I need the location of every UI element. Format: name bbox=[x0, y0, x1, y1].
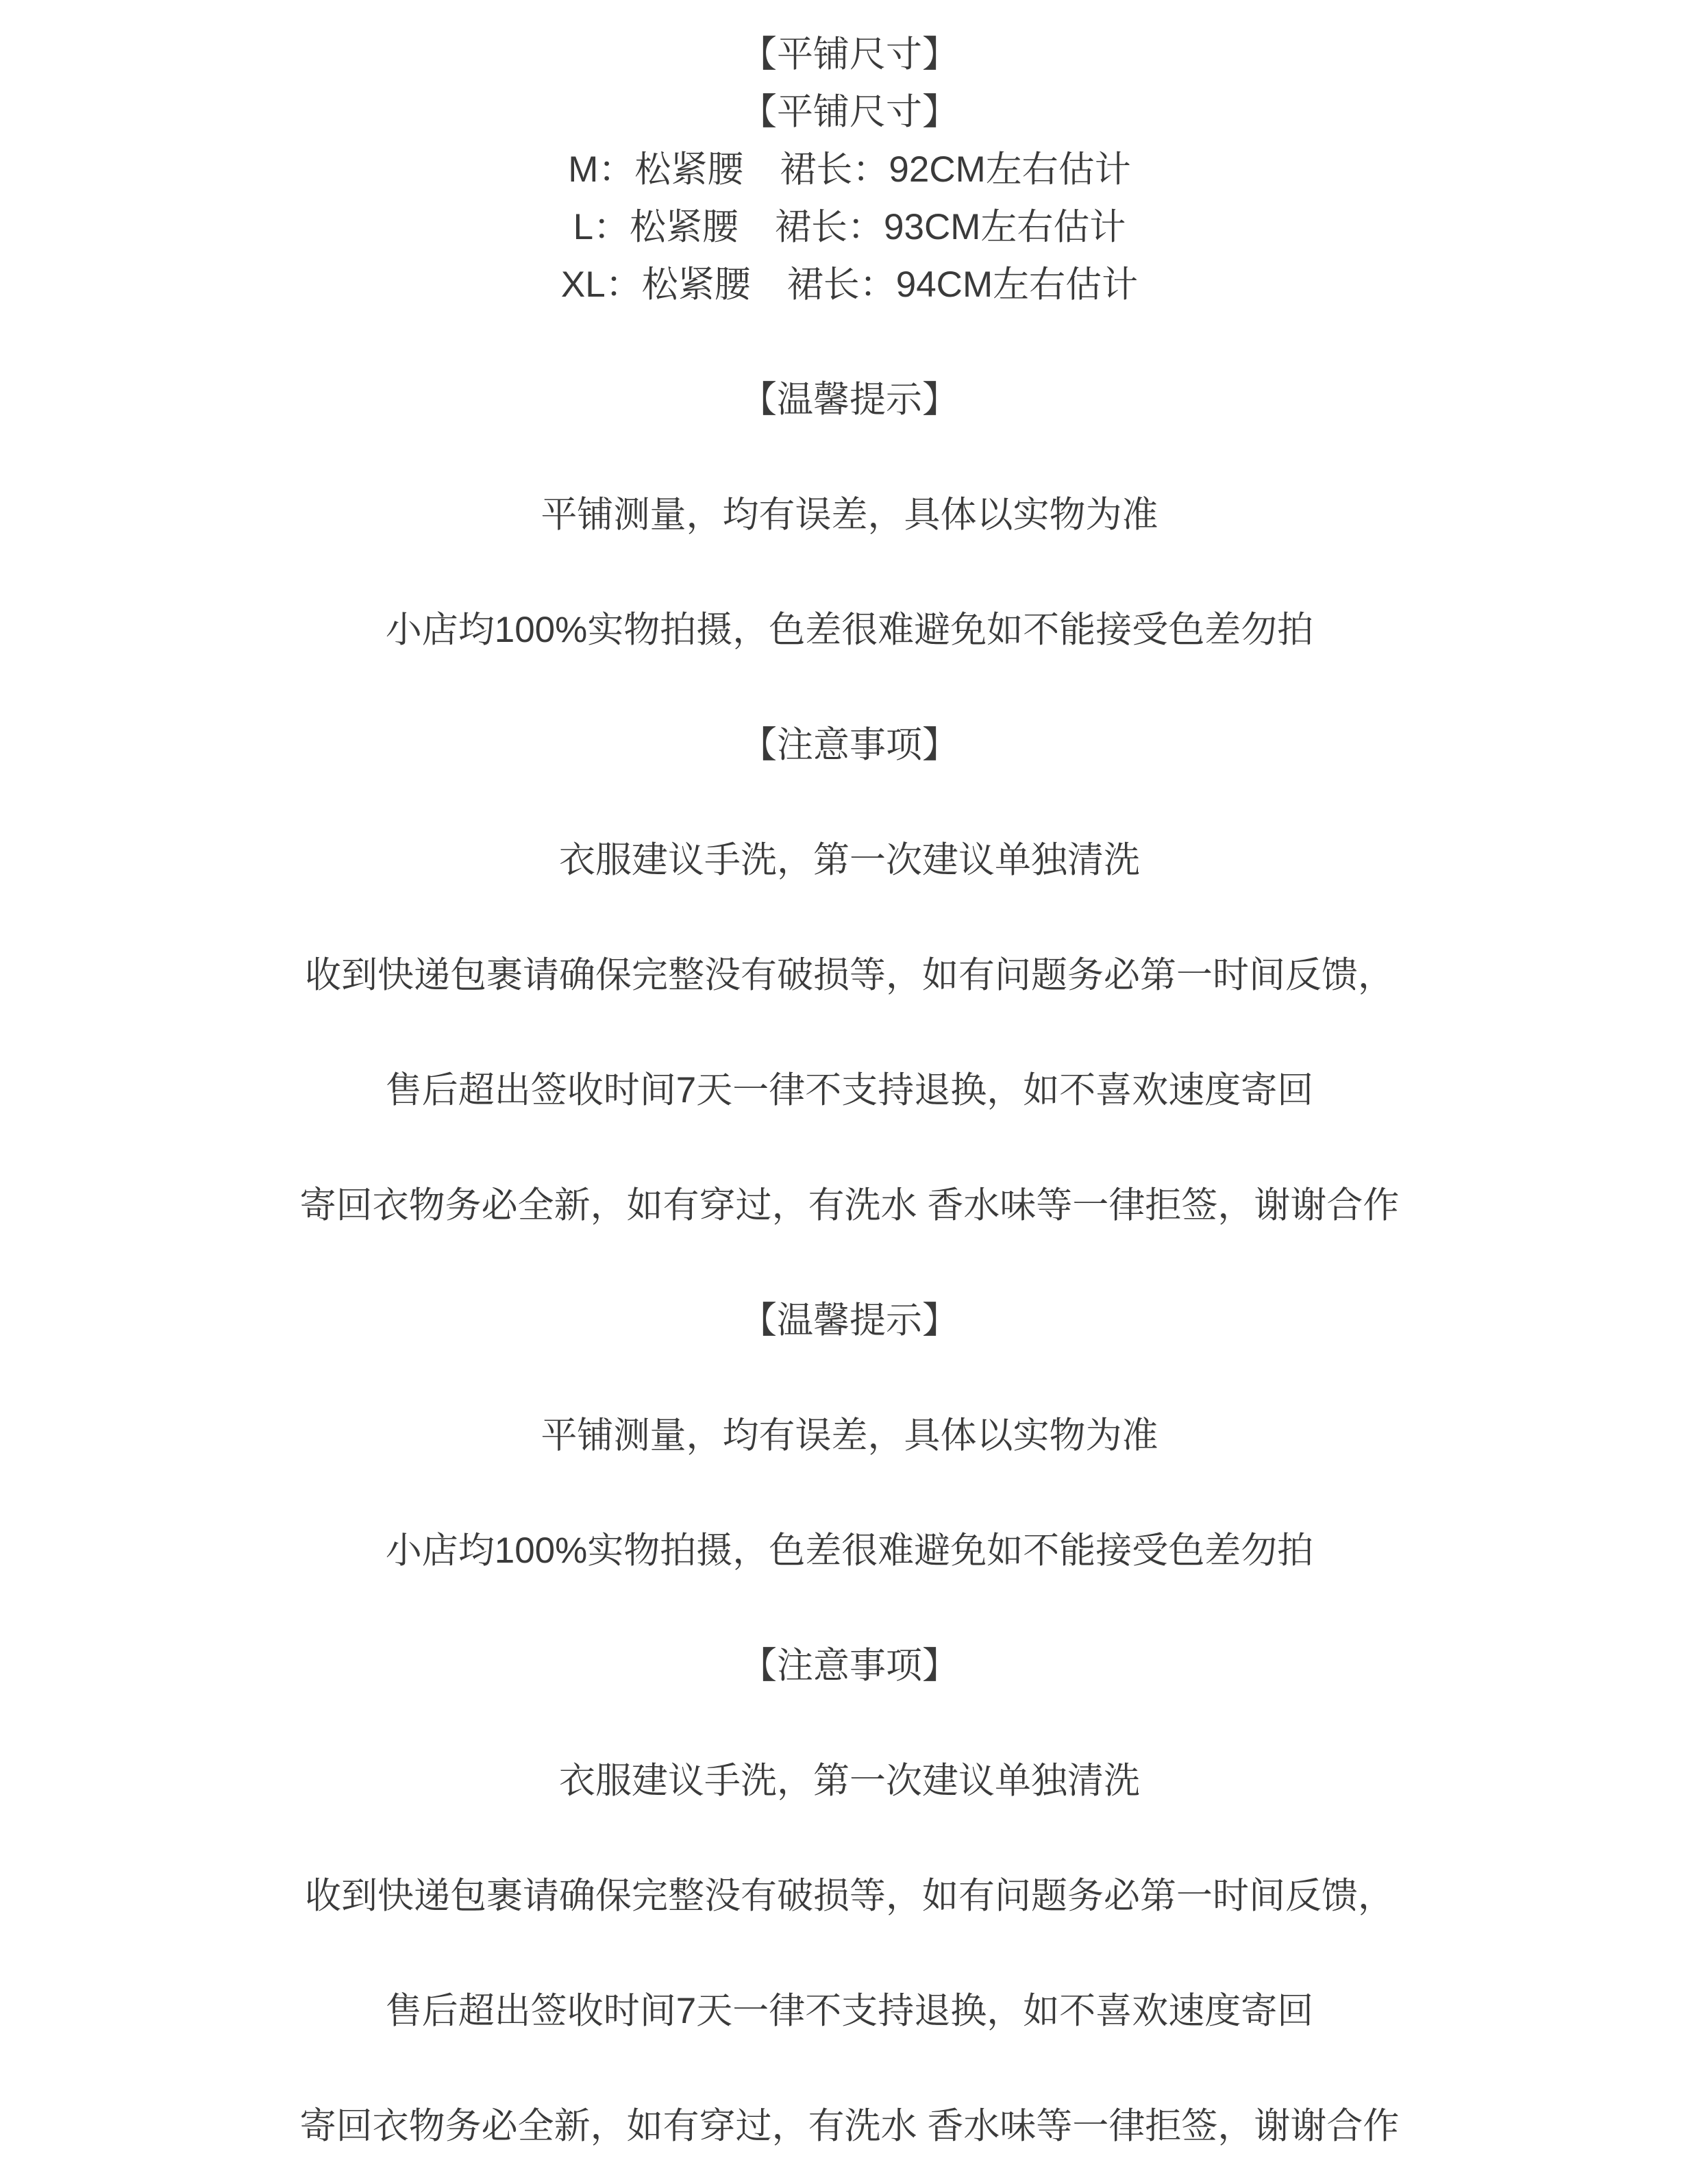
precautions-heading: 【注意事项】 bbox=[0, 1637, 1699, 1695]
package-check-note-line: 收到快递包裹请确保完整没有破损等，如有问题务必第一时间反馈， bbox=[0, 947, 1699, 1004]
flat-size-heading: 【平铺尺寸】 bbox=[0, 84, 1699, 141]
package-check-note-line: 收到快递包裹请确保完整没有破损等，如有问题务必第一时间反馈， bbox=[0, 1867, 1699, 1925]
product-description-document: 【平铺尺寸】 【平铺尺寸】 M：松紧腰 裙长：92CM左右估计 L：松紧腰 裙长… bbox=[0, 0, 1699, 2184]
color-difference-note-line: 小店均100%实物拍摄，色差很难避免如不能接受色差勿拍 bbox=[0, 1522, 1699, 1580]
size-line-m: M：松紧腰 裙长：92CM左右估计 bbox=[0, 141, 1699, 199]
return-condition-note-line: 寄回衣物务必全新，如有穿过，有洗水 香水味等一律拒签，谢谢合作 bbox=[0, 2098, 1699, 2155]
size-line-l: L：松紧腰 裙长：93CM左右估计 bbox=[0, 199, 1699, 256]
return-policy-note-line: 售后超出签收时间7天一律不支持退换，如不喜欢速度寄回 bbox=[0, 1983, 1699, 2040]
flat-size-heading: 【平铺尺寸】 bbox=[0, 26, 1699, 84]
return-condition-note-line: 寄回衣物务必全新，如有穿过，有洗水 香水味等一律拒签，谢谢合作 bbox=[0, 1177, 1699, 1234]
wash-note-line: 衣服建议手洗，第一次建议单独清洗 bbox=[0, 1752, 1699, 1810]
warm-tips-heading: 【温馨提示】 bbox=[0, 1292, 1699, 1350]
wash-note-line: 衣服建议手洗，第一次建议单独清洗 bbox=[0, 832, 1699, 889]
warm-tips-heading: 【温馨提示】 bbox=[0, 371, 1699, 429]
size-line-xl: XL：松紧腰 裙长：94CM左右估计 bbox=[0, 256, 1699, 314]
measure-note-line: 平铺测量，均有误差，具体以实物为准 bbox=[0, 1407, 1699, 1465]
return-policy-note-line: 售后超出签收时间7天一律不支持退换，如不喜欢速度寄回 bbox=[0, 1062, 1699, 1119]
measure-note-line: 平铺测量，均有误差，具体以实物为准 bbox=[0, 486, 1699, 544]
color-difference-note-line: 小店均100%实物拍摄，色差很难避免如不能接受色差勿拍 bbox=[0, 601, 1699, 659]
precautions-heading: 【注意事项】 bbox=[0, 717, 1699, 774]
